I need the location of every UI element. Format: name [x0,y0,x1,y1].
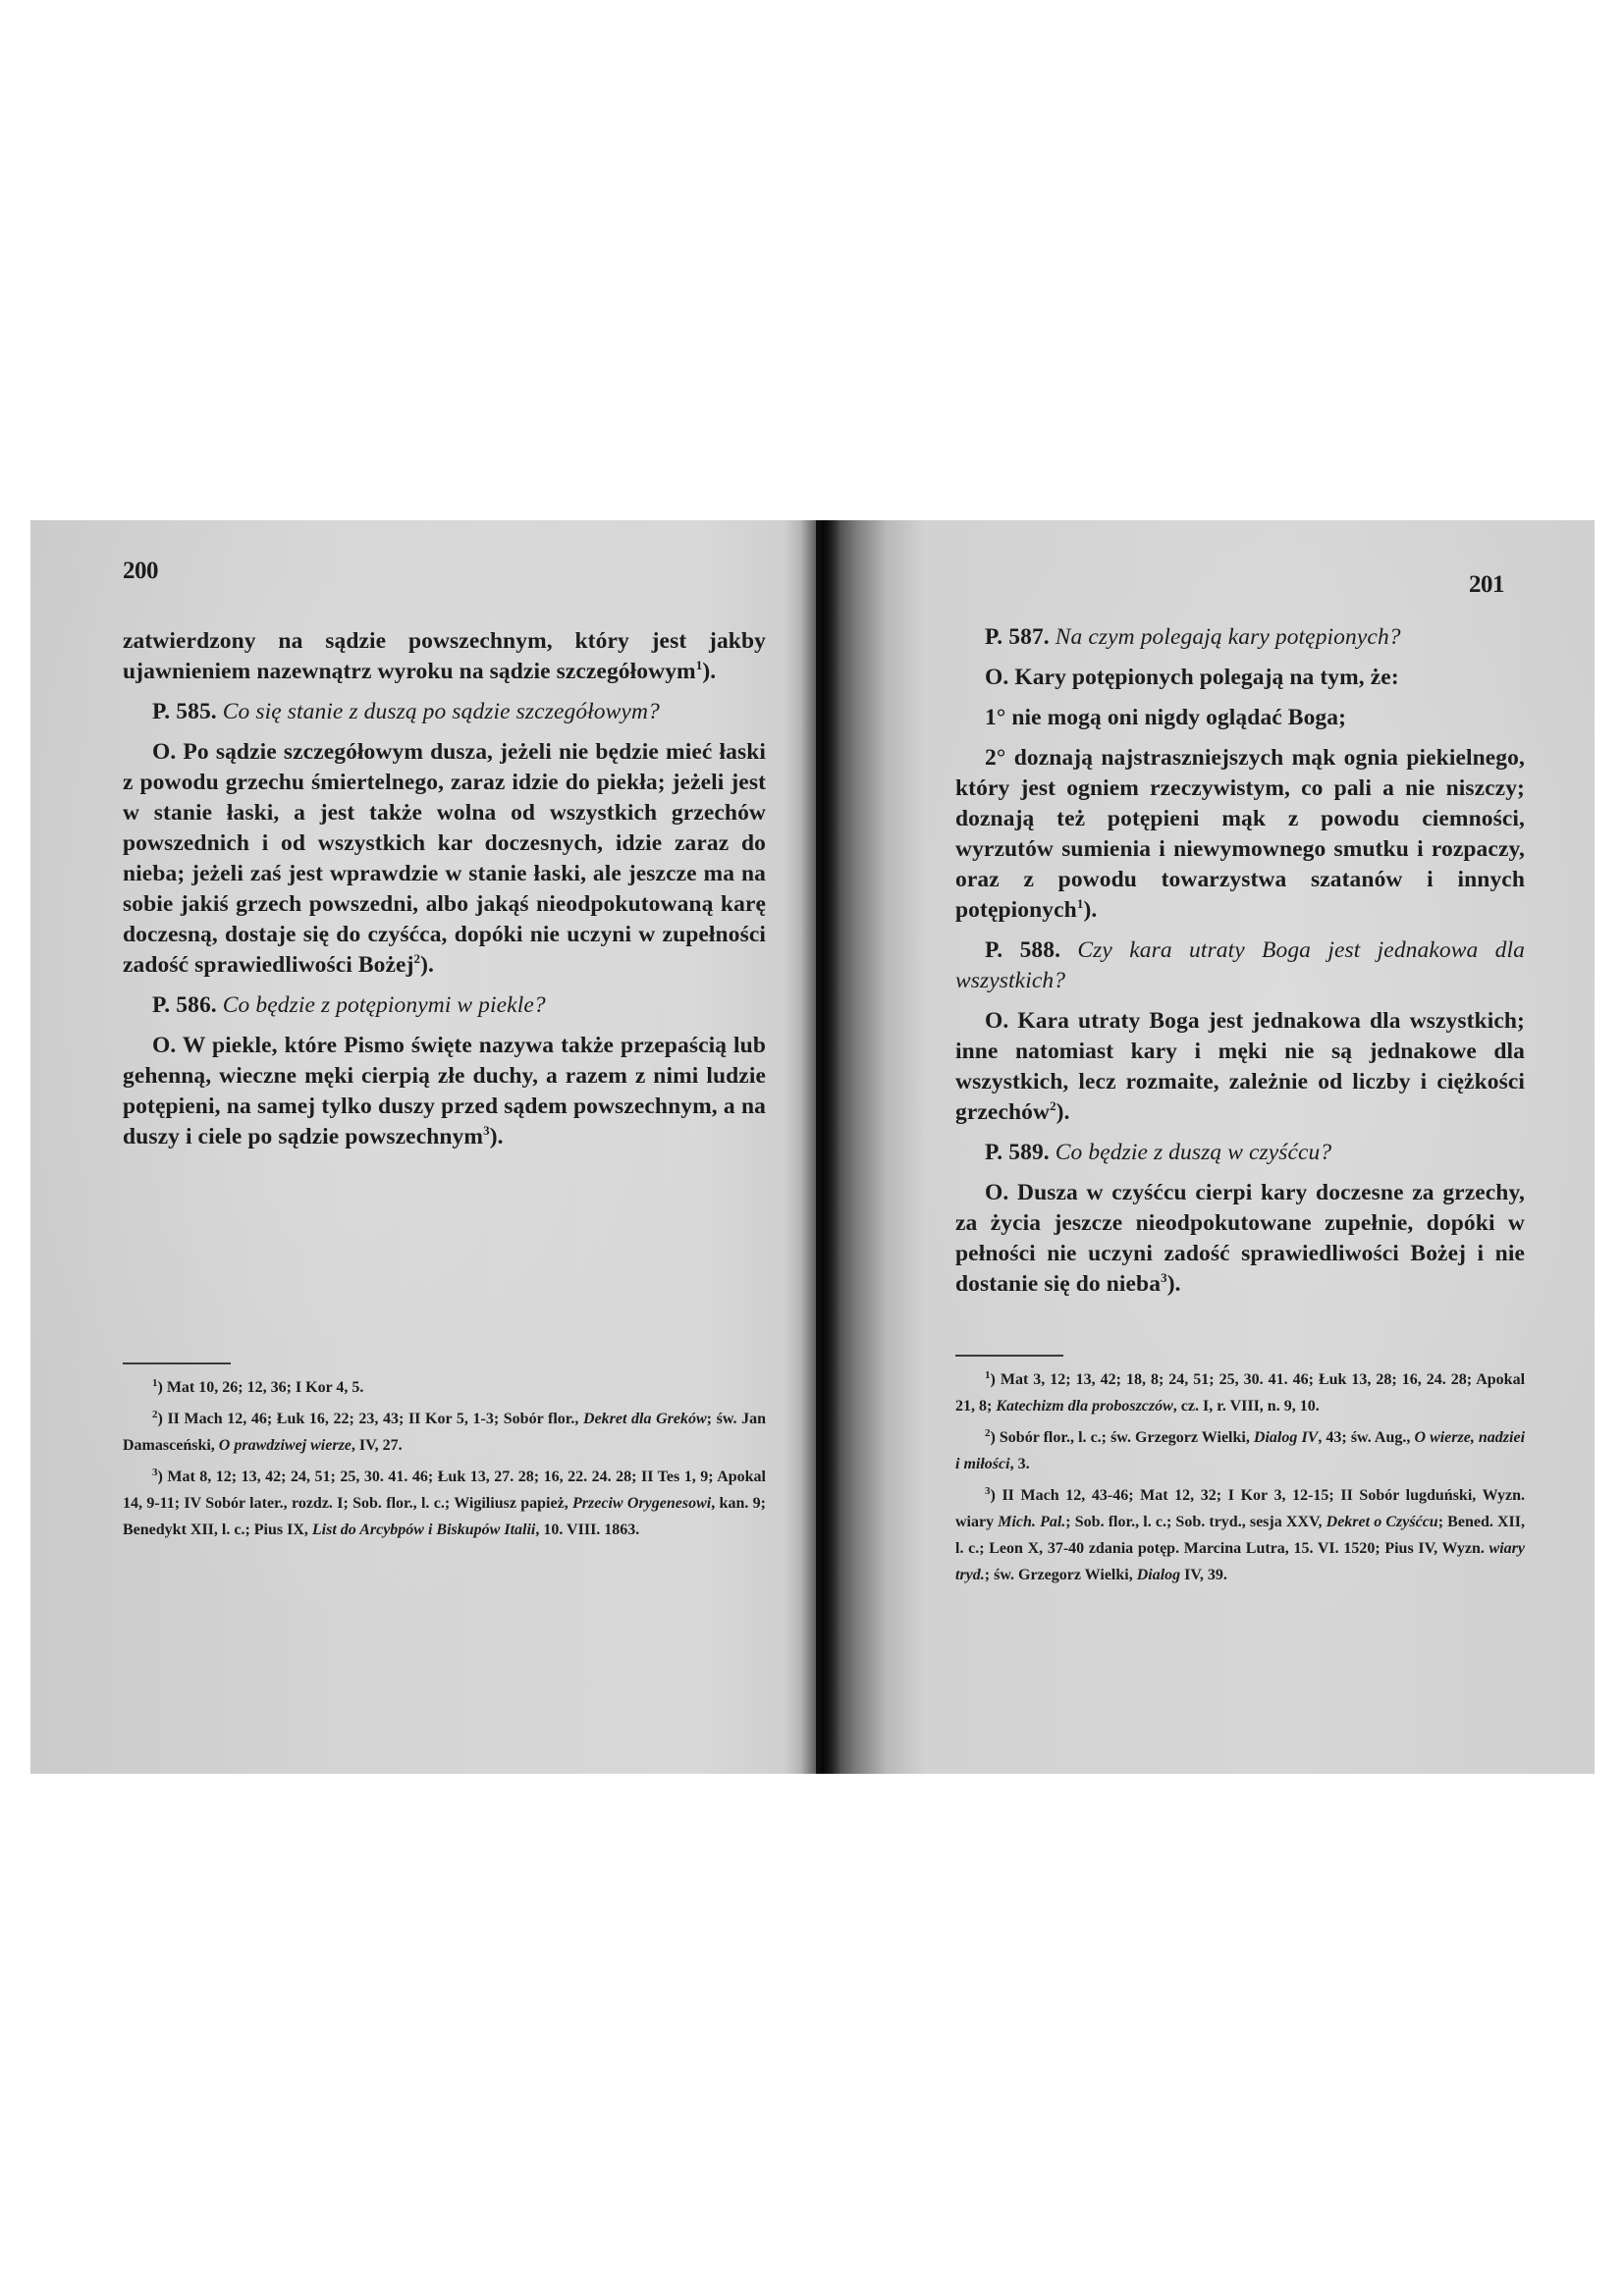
question-number: P. 589. [985,1140,1056,1165]
answer-paragraph: 1° nie mogą oni nigdy oglądać Boga; [955,703,1525,733]
footnote: 1) Mat 10, 26; 12, 36; I Kor 4, 5. [123,1374,766,1401]
footnote-text: , cz. I, r. VIII, n. 9, 10. [1173,1398,1320,1415]
footnote-ref: 3 [1161,1270,1167,1285]
answer-paragraph: zatwierdzony na sądzie powszechnym, któr… [123,626,766,687]
paragraph-tail: ). [702,659,716,684]
footnote-title: Dialog IV [1254,1429,1318,1446]
question-number: P. 588. [985,937,1077,963]
paragraph-tail: ). [1167,1271,1181,1297]
answer-paragraph: O. Kara utraty Boga jest jednakowa dla w… [955,1006,1525,1128]
footnote-text: , IV, 27. [352,1437,403,1454]
footnote-text: Sobór flor., l. c.; św. Grzegorz Wielki, [1000,1429,1254,1446]
paragraph-text: 1° nie mogą oni nigdy oglądać Boga; [985,705,1346,730]
footnote-paren: ) [158,1379,167,1396]
footnote-title: Przeciw Orygenesowi [572,1495,711,1512]
footnote-ref: 3 [483,1123,490,1138]
question-text: Co będzie z potępionymi w piekle? [223,992,546,1018]
footnote-title: O prawdziwej wierze [219,1437,352,1454]
left-page-footnotes: 1) Mat 10, 26; 12, 36; I Kor 4, 5.2) II … [123,1362,766,1548]
answer-paragraph: O. Dusza w czyśćcu cierpi kary doczesne … [955,1178,1525,1300]
footnote-title: Dekret dla Greków [583,1411,707,1427]
footnote-paren: ) [991,1371,1001,1388]
right-page-footnotes: 1) Mat 3, 12; 13, 42; 18, 8; 24, 51; 25,… [955,1355,1525,1593]
paragraph-text: zatwierdzony na sądzie powszechnym, któr… [123,628,766,684]
footnote-text: , 43; św. Aug., [1318,1429,1414,1446]
right-page: 201 P. 587. Na czym polegają kary potępi… [816,520,1595,1774]
book-gutter [801,520,840,1774]
question-text: Na czym polegają kary potępionych? [1056,624,1401,650]
paragraph-text: O. W piekle, które Pismo święte nazywa t… [123,1033,766,1149]
paragraph-tail: ). [1083,897,1097,923]
paragraph-tail: ). [420,952,434,978]
question-heading: P. 587. Na czym polegają kary potępionyc… [955,622,1525,653]
question-heading: P. 588. Czy kara utraty Boga jest jednak… [955,935,1525,996]
answer-paragraph: O. Kary potępionych polegają na tym, że: [955,663,1525,693]
answer-paragraph: O. W piekle, które Pismo święte nazywa t… [123,1031,766,1152]
paragraph-text: O. Po sądzie szczegółowym dusza, jeżeli … [123,739,766,978]
question-text: Co się stanie z duszą po sądzie szczegół… [223,699,660,724]
paragraph-tail: ). [490,1124,504,1149]
footnote-text: , 3. [1010,1456,1030,1472]
footnote: 3) Mat 8, 12; 13, 42; 24, 51; 25, 30. 41… [123,1464,766,1543]
right-footnote-list: 1) Mat 3, 12; 13, 42; 18, 8; 24, 51; 25,… [955,1366,1525,1588]
footnote-text: II Mach 12, 46; Łuk 16, 22; 23, 43; II K… [167,1411,583,1427]
footnote-title: Dialog [1137,1567,1180,1583]
footnote-paren: ) [158,1411,168,1427]
question-heading: P. 585. Co się stanie z duszą po sądzie … [123,697,766,727]
footnote: 2) Sobór flor., l. c.; św. Grzegorz Wiel… [955,1424,1525,1477]
footnote-text: Mat 10, 26; 12, 36; I Kor 4, 5. [167,1379,364,1396]
page-number-right: 201 [1469,571,1504,599]
question-number: P. 586. [152,992,223,1018]
answer-paragraph: 2° doznają najstraszniejszych mąk ognia … [955,743,1525,926]
question-heading: P. 586. Co będzie z potępionymi w piekle… [123,990,766,1021]
right-page-body: P. 587. Na czym polegają kary potępionyc… [955,622,1525,1309]
footnote-paren: ) [991,1429,1000,1446]
paragraph-text: O. Kara utraty Boga jest jednakowa dla w… [955,1008,1525,1125]
footnote-text: IV, 39. [1180,1567,1227,1583]
footnote-ref: 2 [1050,1098,1056,1113]
footnote-title: Mich. Pal. [998,1514,1065,1530]
paragraph-text: 2° doznają najstraszniejszych mąk ognia … [955,745,1525,923]
question-number: P. 585. [152,699,223,724]
footnote-title: Dekret o Czyśćcu [1326,1514,1438,1530]
book-spread-scan: 200 zatwierdzony na sądzie powszechnym, … [30,520,1595,1774]
footnote: 2) II Mach 12, 46; Łuk 16, 22; 23, 43; I… [123,1406,766,1459]
answer-paragraph: O. Po sądzie szczegółowym dusza, jeżeli … [123,737,766,981]
footnote-paren: ) [991,1487,1002,1504]
footnote-text: ; Sob. flor., l. c.; Sob. tryd., sesja X… [1065,1514,1326,1530]
question-text: Co będzie z duszą w czyśćcu? [1056,1140,1332,1165]
question-heading: P. 589. Co będzie z duszą w czyśćcu? [955,1138,1525,1168]
footnote: 1) Mat 3, 12; 13, 42; 18, 8; 24, 51; 25,… [955,1366,1525,1419]
footnote-text: ; św. Grzegorz Wielki, [985,1567,1137,1583]
footnote-separator [123,1362,231,1364]
paragraph-text: O. Kary potępionych polegają na tym, że: [985,665,1399,690]
footnote-title: List do Arcybpów i Biskupów Italii [312,1522,535,1538]
footnote-separator [955,1355,1063,1357]
left-page-body: zatwierdzony na sądzie powszechnym, któr… [123,626,766,1162]
paragraph-text: O. Dusza w czyśćcu cierpi kary doczesne … [955,1180,1525,1297]
footnote-paren: ) [158,1468,168,1485]
footnote-title: Katechizm dla proboszczów [996,1398,1172,1415]
paragraph-tail: ). [1056,1099,1070,1125]
left-footnote-list: 1) Mat 10, 26; 12, 36; I Kor 4, 5.2) II … [123,1374,766,1543]
page-number-left: 200 [123,558,158,585]
left-page: 200 zatwierdzony na sądzie powszechnym, … [30,520,816,1774]
footnote: 3) II Mach 12, 43-46; Mat 12, 32; I Kor … [955,1482,1525,1588]
footnote-text: , 10. VIII. 1863. [535,1522,639,1538]
question-number: P. 587. [985,624,1056,650]
